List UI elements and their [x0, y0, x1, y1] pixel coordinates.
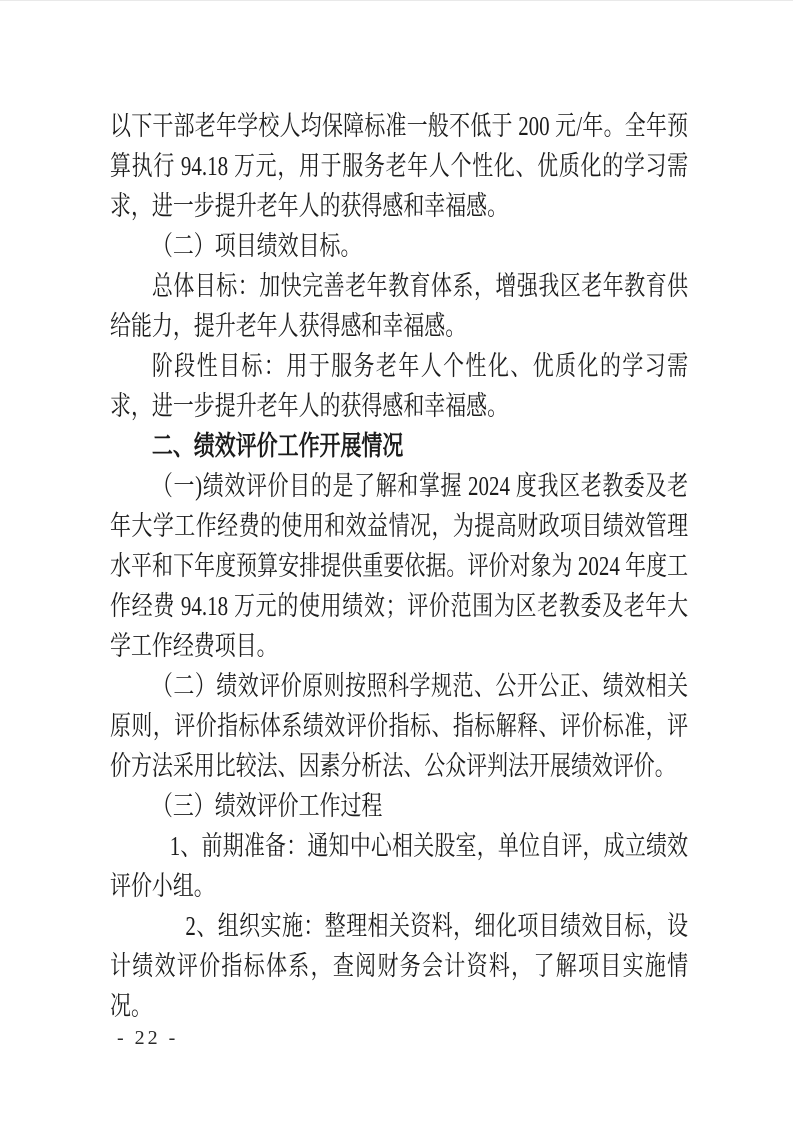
paragraph-evaluation-principles: （二）绩效评价原则按照科学规范、公开公正、绩效相关原则，评价指标体系绩效评价指标… [110, 666, 688, 786]
paragraph-evaluation-purpose: （一)绩效评价目的是了解和掌握 2024 度我区老教委及老年大学工作经费的使用和… [110, 466, 688, 666]
paragraph-stage-goal: 阶段性目标：用于服务老年人个性化、优质化的学习需求，进一步提升老年人的获得感和幸… [110, 346, 688, 426]
section-heading-evaluation-work: 二、绩效评价工作开展情况 [110, 426, 688, 466]
paragraph-budget-execution: 以下干部老年学校人均保障标准一般不低于 200 元/年。全年预算执行 94.18… [110, 106, 688, 226]
paragraph-overall-goal: 总体目标：加快完善老年教育体系，增强我区老年教育供给能力，提升老年人获得感和幸福… [110, 266, 688, 346]
list-item-preparation: 1、前期准备：通知中心相关股室，单位自评，成立绩效评价小组。 [110, 826, 688, 906]
page-number: - 22 - [117, 1027, 178, 1050]
list-item-implementation: 2、组织实施：整理相关资料，细化项目绩效目标，设计绩效评价指标体系，查阅财务会计… [110, 906, 688, 1026]
paragraph-evaluation-process-title: （三）绩效评价工作过程 [110, 786, 688, 826]
paragraph-project-goal-title: （二）项目绩效目标。 [110, 226, 688, 266]
document-body: 以下干部老年学校人均保障标准一般不低于 200 元/年。全年预算执行 94.18… [110, 106, 688, 1026]
document-page: 以下干部老年学校人均保障标准一般不低于 200 元/年。全年预算执行 94.18… [0, 0, 793, 1123]
